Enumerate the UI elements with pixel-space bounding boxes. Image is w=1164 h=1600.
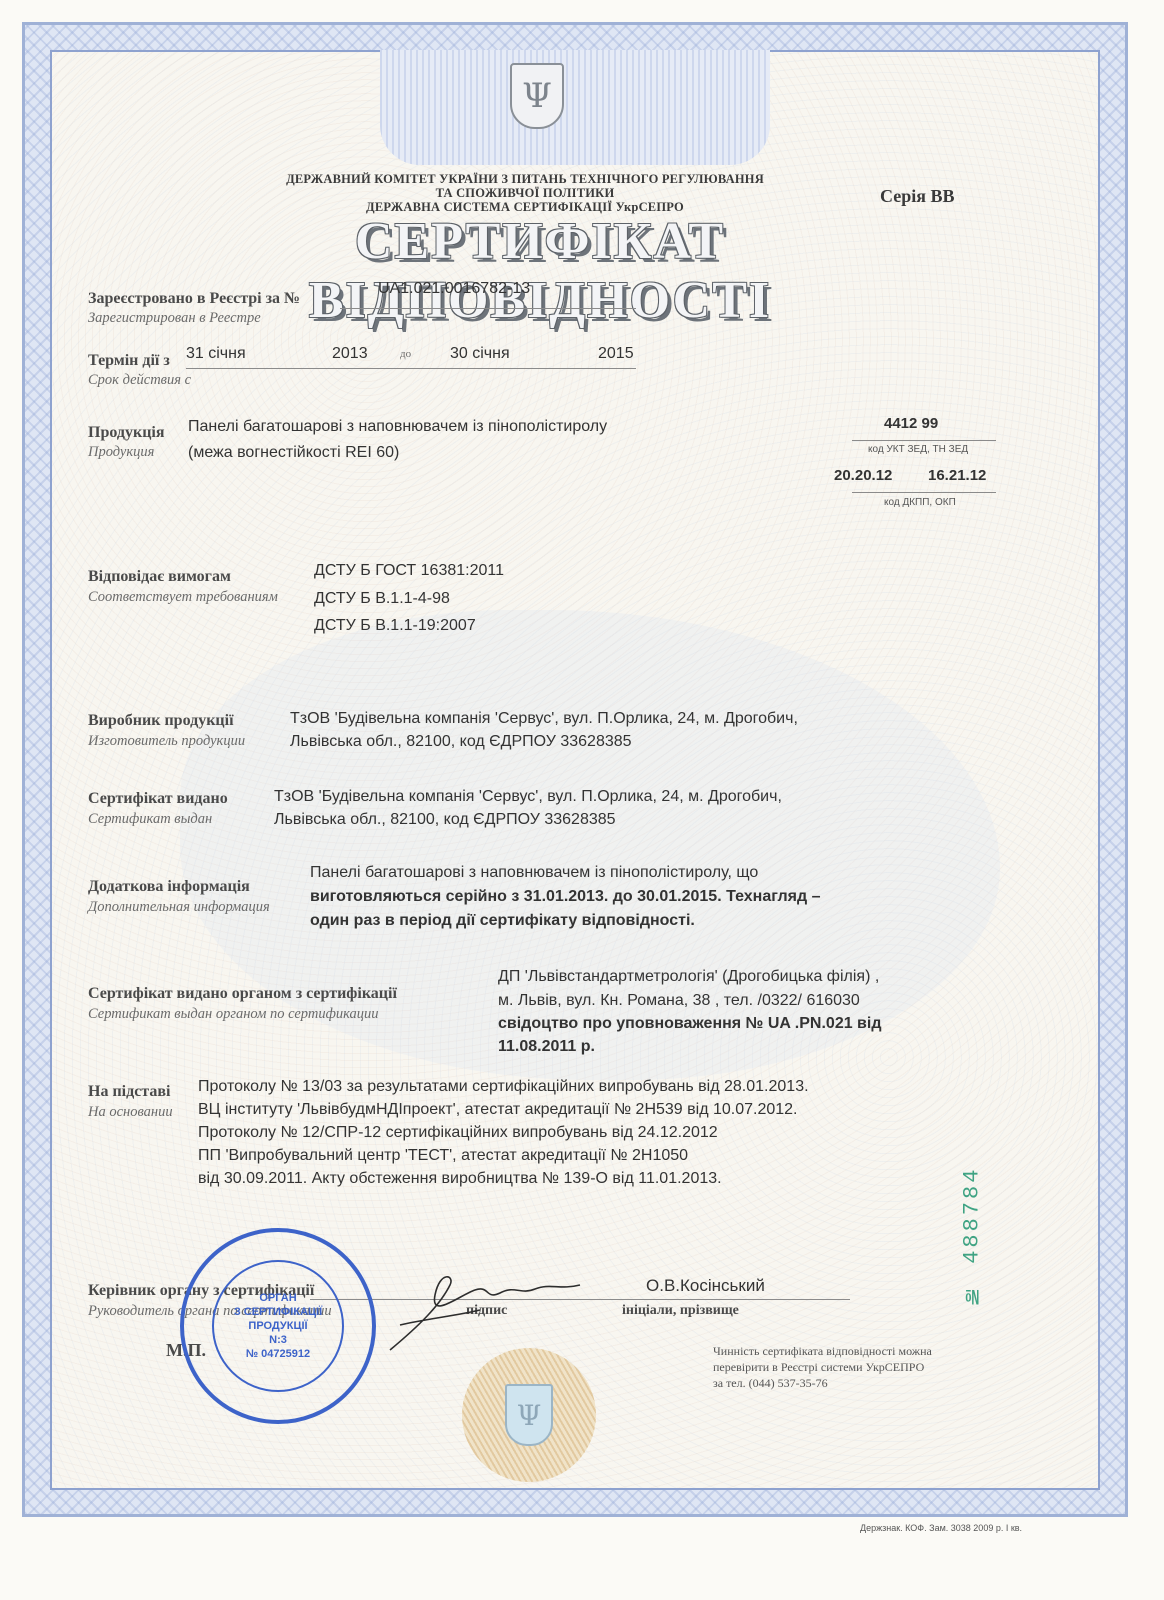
basis-label-ru: На основании — [88, 1104, 173, 1121]
additional-info-label: Додаткова інформація — [88, 878, 250, 896]
code-uktzed-underline — [852, 440, 996, 441]
trident-icon: Ψ — [510, 63, 564, 129]
cert-body-label-ru: Сертификат выдан органом по сертификации — [88, 1006, 379, 1023]
official-stamp: ОРГАН З СЕРТИФІКАЦІЇ ПРОДУКЦІЇ N:3 № 047… — [180, 1228, 376, 1424]
manufacturer-label-ru: Изготовитель продукции — [88, 733, 245, 750]
stamp-text: № 04725912 — [246, 1347, 310, 1361]
product-label: Продукція — [88, 424, 165, 442]
validity-label-ru: Срок действия с — [88, 372, 191, 389]
issued-to-line: Львівська обл., 82100, код ЄДРПОУ 336283… — [274, 811, 616, 829]
code-dkpp: 20.20.12 — [834, 467, 892, 484]
code-dkpp-caption: код ДКПП, ОКП — [884, 497, 956, 508]
cert-body-line: ДП 'Львівстандартметрологія' (Дрогобицьк… — [498, 968, 879, 986]
product-line: Панелі багатошарові з наповнювачем із пі… — [188, 418, 607, 436]
basis-label: На підставі — [88, 1083, 170, 1101]
issuing-authority: ДЕРЖАВНИЙ КОМІТЕТ УКРАЇНИ З ПИТАНЬ ТЕХНІ… — [250, 172, 800, 214]
verification-note: Чинність сертифіката відповідності можна… — [713, 1343, 973, 1391]
issued-to-label: Сертифікат видано — [88, 790, 228, 808]
registry-underline — [340, 308, 636, 309]
code-dkpp-underline — [852, 492, 996, 493]
signatory-name: О.В.Косінський — [646, 1276, 765, 1296]
manufacturer-label: Виробник продукції — [88, 712, 234, 730]
note-line: перевірити в Реєстрі системи УкрСЕПРО — [713, 1359, 973, 1375]
requirement-item: ДСТУ Б ГОСТ 16381:2011 — [314, 562, 504, 580]
code-uktzed: 4412 99 — [884, 415, 938, 432]
additional-info-line: один раз в період дії сертифікату відпов… — [310, 912, 695, 930]
manufacturer-line: Львівська обл., 82100, код ЄДРПОУ 336283… — [290, 733, 632, 751]
registry-label-ru: Зарегистрирован в Реестре — [88, 310, 261, 327]
note-line: Чинність сертифіката відповідності можна — [713, 1343, 973, 1359]
stamp-text: З СЕРТИФІКАЦІЇ — [234, 1305, 322, 1319]
hologram-seal: Ψ — [462, 1348, 596, 1482]
basis-line: Протоколу № 13/03 за результатами сертиф… — [198, 1078, 809, 1096]
basis-line: від 30.09.2011. Акту обстеження виробниц… — [198, 1170, 722, 1188]
cert-body-label: Сертифікат видано органом з сертифікації — [88, 985, 397, 1003]
issued-to-line: ТзОВ 'Будівельна компанія 'Сервус', вул.… — [274, 788, 782, 806]
stamp-text: ОРГАН — [259, 1291, 296, 1305]
serial-number: № 488784 — [958, 1128, 986, 1308]
manufacturer-line: ТзОВ 'Будівельна компанія 'Сервус', вул.… — [290, 710, 798, 728]
basis-line: ПП 'Випробувальний центр 'ТЕСТ', атестат… — [198, 1147, 688, 1165]
authority-line: ТА СПОЖИВЧОЇ ПОЛІТИКИ — [250, 186, 800, 200]
cert-body-line: м. Львів, вул. Кн. Романа, 38 , тел. /03… — [498, 992, 860, 1010]
trident-icon: Ψ — [505, 1384, 553, 1446]
stamp-text: ПРОДУКЦІЇ — [248, 1319, 307, 1333]
additional-info-line: Панелі багатошарові з наповнювачем із пі… — [310, 864, 758, 882]
additional-info-label-ru: Дополнительная информация — [88, 899, 270, 916]
product-label-ru: Продукция — [88, 444, 154, 461]
code-okp: 16.21.12 — [928, 467, 986, 484]
signature-scribble — [380, 1265, 610, 1355]
series-label: Серія ВВ — [880, 186, 954, 207]
valid-to-day: 30 січня — [450, 345, 510, 363]
certificate-title: СЕРТИФІКАТ ВІДПОВІДНОСТІ — [180, 212, 900, 330]
name-caption: ініціали, прізвище — [622, 1303, 739, 1319]
valid-from-day: 31 січня — [186, 345, 246, 363]
stamp-text: N:3 — [269, 1333, 287, 1347]
printer-imprint: Держзнак. КОФ. Зам. 3038 2009 р. І кв. — [860, 1523, 1022, 1533]
validity-label: Термін дії з — [88, 352, 170, 370]
additional-info-line: виготовляються серійно з 31.01.2013. до … — [310, 888, 820, 906]
valid-from-year: 2013 — [332, 345, 368, 363]
authority-line: ДЕРЖАВНИЙ КОМІТЕТ УКРАЇНИ З ПИТАНЬ ТЕХНІ… — [250, 172, 800, 186]
issued-to-label-ru: Сертификат выдан — [88, 811, 212, 828]
requirement-item: ДСТУ Б В.1.1-4-98 — [314, 590, 450, 608]
code-uktzed-caption: код УКТ ЗЕД, ТН ЗЕД — [868, 444, 968, 455]
valid-to-year: 2015 — [598, 345, 634, 363]
product-line: (межа вогнестійкості REI 60) — [188, 444, 399, 462]
requirement-item: ДСТУ Б В.1.1-19:2007 — [314, 617, 476, 635]
basis-line: Протоколу № 12/СПР-12 сертифікаційних ви… — [198, 1124, 718, 1142]
crest-ornament — [380, 50, 770, 165]
valid-to-word: до — [400, 348, 411, 360]
cert-body-line: свідоцтво про уповноваження № UA .PN.021… — [498, 1015, 882, 1033]
requirements-label: Відповідає вимогам — [88, 568, 231, 586]
registry-number: UA1.021.0016782-13 — [378, 280, 530, 298]
registry-label: Зареєстровано в Реєстрі за № — [88, 290, 300, 308]
cert-body-line: 11.08.2011 р. — [498, 1038, 595, 1056]
requirements-label-ru: Соответствует требованиям — [88, 589, 278, 606]
validity-underline — [186, 368, 636, 369]
note-line: за тел. (044) 537-35-76 — [713, 1375, 973, 1391]
basis-line: ВЦ інституту 'ЛьвівбудмНДІпроект', атест… — [198, 1101, 798, 1119]
